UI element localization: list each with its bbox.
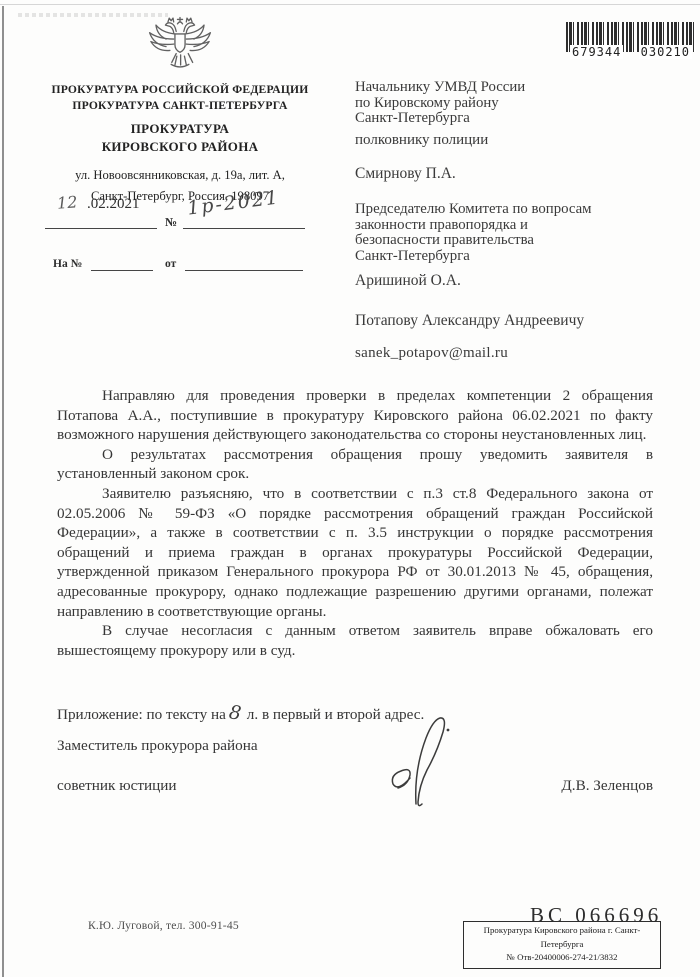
date-underline	[45, 228, 157, 229]
barcode: 679344 030210	[566, 22, 696, 59]
number-sign: №	[165, 215, 177, 230]
reply-from-label: от	[165, 258, 176, 270]
handwritten-outgoing-number: 1р-2021	[186, 186, 281, 219]
recipient-2-line: Санкт-Петербурга	[355, 249, 592, 265]
coat-of-arms-icon	[142, 14, 218, 78]
signer-name: Д.В. Зеленцов	[548, 777, 653, 795]
scan-edge-artifact	[2, 6, 4, 977]
recipient-2-address: Председателю Комитета по вопросам законн…	[355, 202, 592, 264]
org-name-district-2: КИРОВСКОГО РАЙОНА	[45, 139, 315, 155]
form-series-number: ВС 066696	[530, 903, 662, 928]
number-underline	[183, 228, 305, 229]
recipient-1-line: по Кировскому району	[355, 96, 525, 112]
handwritten-date-day: 12	[56, 192, 78, 212]
registration-stamp: Прокуратура Кировского района г. Санкт- …	[463, 921, 661, 969]
signature-icon	[388, 706, 478, 811]
reply-to-number-label: На №	[53, 258, 82, 270]
scanned-letter-page: 679344 030210 ПРОКУРАТУРА	[0, 0, 700, 977]
reply-number-underline	[91, 270, 153, 271]
stamp-line: № Отв-20400006-274-21/3832	[464, 951, 660, 965]
body-paragraph-4: В случае несогласия с данным ответом зая…	[57, 621, 653, 660]
recipient-1-address: Начальнику УМВД России по Кировскому рай…	[355, 80, 525, 127]
org-name-federation: ПРОКУРАТУРА РОССИЙСКОЙ ФЕДЕРАЦИИ	[45, 83, 315, 96]
attachment-note: Приложение: по тексту на8 л. в первый и …	[57, 702, 424, 724]
attachment-prefix: Приложение: по тексту на	[57, 706, 226, 723]
stamp-line: Петербурга	[464, 938, 660, 952]
reply-date-underline	[185, 270, 303, 271]
printed-date: .02.2021	[87, 196, 140, 213]
signer-position-1: Заместитель прокурора района	[57, 737, 258, 755]
org-address-street: ул. Новоовсянниковская, д. 19а, лит. А,	[45, 168, 315, 183]
body-paragraph-3: Заявителю разъясняю, что в соответствии …	[57, 484, 653, 621]
handwritten-page-count: 8	[227, 701, 242, 724]
scan-top-artifact	[0, 4, 700, 5]
signer-position-2: советник юстиции	[57, 777, 176, 795]
recipient-3-email: sanek_potapov@mail.ru	[355, 345, 508, 362]
letterhead: ПРОКУРАТУРА РОССИЙСКОЙ ФЕДЕРАЦИИ ПРОКУРА…	[45, 14, 315, 204]
barcode-digits-right: 030210	[639, 45, 692, 59]
recipient-1-line: Начальнику УМВД России	[355, 80, 525, 96]
recipient-3-name: Потапову Александру Андреевичу	[355, 312, 584, 330]
executor-contact: К.Ю. Луговой, тел. 300-91-45	[88, 919, 239, 932]
body-paragraph-2: О результатах рассмотрения обращения про…	[57, 445, 653, 484]
recipient-1-name: Смирнову П.А.	[355, 165, 456, 183]
recipient-1-line: Санкт-Петербурга	[355, 111, 525, 127]
org-name-district-1: ПРОКУРАТУРА	[45, 121, 315, 137]
recipient-2-line: Председателю Комитета по вопросам	[355, 202, 592, 218]
barcode-digits-left: 679344	[570, 45, 623, 59]
recipient-2-name: Аришиной О.А.	[355, 272, 461, 290]
recipient-1-rank: полковнику полиции	[355, 132, 488, 149]
org-name-city: ПРОКУРАТУРА САНКТ-ПЕТЕРБУРГА	[45, 99, 315, 112]
letter-body: Направляю для проведения проверки в пред…	[57, 386, 653, 660]
body-paragraph-1: Направляю для проведения проверки в пред…	[57, 386, 653, 445]
reference-block: 12 .02.2021 № 1р-2021 На № от	[45, 192, 315, 287]
recipient-2-line: законности правопорядка и	[355, 218, 592, 234]
recipient-2-line: безопасности правительства	[355, 233, 592, 249]
